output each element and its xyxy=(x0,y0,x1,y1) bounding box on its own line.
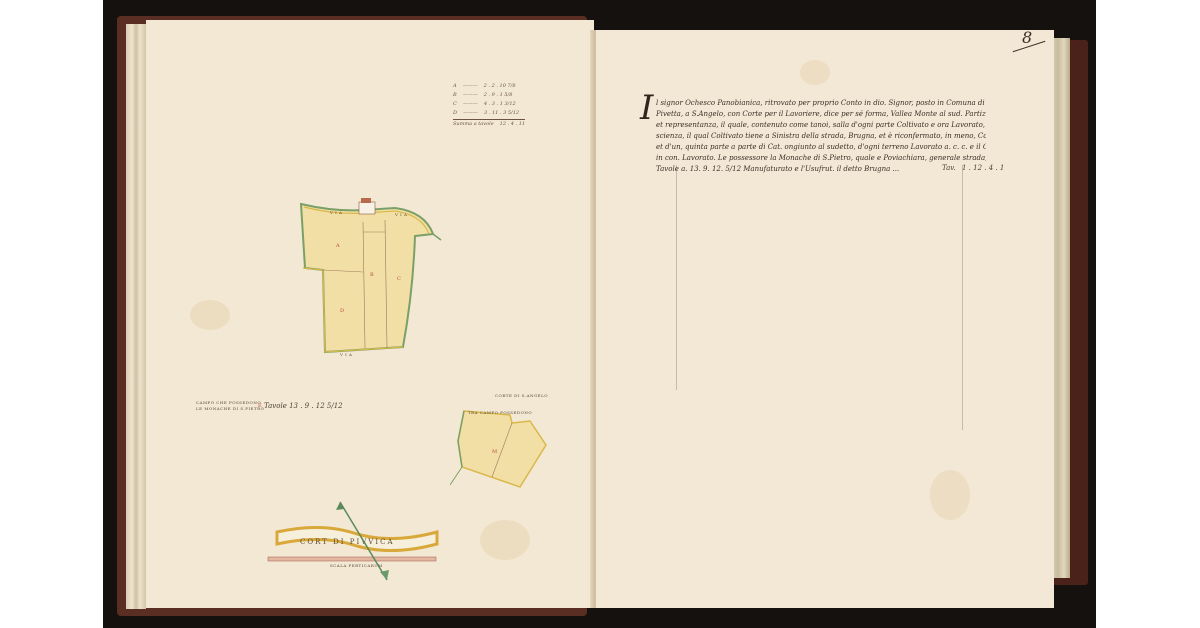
manuscript-text-block: l signor Ochesco Panobianica, ritrovato … xyxy=(656,98,986,175)
banner-text: CORT DI PIVVICA xyxy=(300,538,395,546)
scale-label: SCALA PERTICARUM xyxy=(330,563,383,568)
area-value: Tavole 13 . 9 . 12 5/12 xyxy=(264,402,343,410)
scale-banner: CORT DI PIVVICA xyxy=(262,500,452,590)
decorated-initial: I xyxy=(640,88,653,128)
small-plot-map xyxy=(450,405,550,490)
small-map-title: CORTE DI S.ANGELO xyxy=(495,393,548,398)
summary-row: A——— 2 . 2 . 10 7/8 xyxy=(453,82,525,91)
total-values: 1 . 12 . 4 . 1 xyxy=(962,164,1004,172)
scale-bar xyxy=(268,557,436,561)
text-line: l signor Ochesco Panobianica, ritrovato … xyxy=(656,98,986,109)
plot-letter-d: D xyxy=(340,308,344,314)
paper-stain xyxy=(930,470,970,520)
plot-letter-m: M xyxy=(492,449,497,455)
plot-summary-table: A——— 2 . 2 . 10 7/8 B——— 2 . 9 . 1 5/8 C… xyxy=(453,82,525,129)
plot-letter-c: C xyxy=(397,276,401,282)
road-label: V I A xyxy=(340,352,352,357)
road-label: V I A xyxy=(395,212,407,217)
paper-stain xyxy=(480,520,530,560)
margin-rule-left xyxy=(676,165,677,390)
text-line: Pivetta, a S.Angelo, con Corte per il La… xyxy=(656,109,986,120)
plot-letter-a: A xyxy=(336,243,340,249)
text-line: et representanza, il quale, contenuto co… xyxy=(656,120,986,131)
text-line: Tavole a. 13. 9. 12. 5/12 Manufaturato e… xyxy=(656,164,906,175)
page-stack-left xyxy=(126,24,146,609)
summary-row: D——— 3 . 11 . 3 5/12 xyxy=(453,109,525,118)
paper-stain xyxy=(800,60,830,85)
text-line: et d'un, quinta parte a parte di Cat. on… xyxy=(656,142,986,153)
area-marker: E xyxy=(258,403,262,409)
field-owner-label-2: LE MONACHE DI S.PIETRO xyxy=(196,406,264,411)
margin-rule-right xyxy=(962,165,963,430)
plot-letter-b: B xyxy=(370,272,374,278)
summary-row: C——— 4 . 3 . 1 3/12 xyxy=(453,100,525,109)
building-icon xyxy=(359,202,375,214)
paper-stain xyxy=(190,300,230,330)
text-line: in con. Lavorato. Le possessore la Monac… xyxy=(656,153,986,164)
total-label: Tav. xyxy=(942,164,956,172)
road-label: V I A xyxy=(330,210,342,215)
summary-total: Summa a tavole 12 . 4 . 11 xyxy=(453,119,525,129)
text-line: scienza, il qual Coltivato tiene a Sinis… xyxy=(656,131,986,142)
field-owner-label-1: CAMPO CHE POSSEDONO xyxy=(196,400,261,405)
summary-row: B——— 2 . 9 . 1 5/8 xyxy=(453,91,525,100)
small-map-top-label: TRA CAMPO POSSEDONO xyxy=(468,410,532,415)
